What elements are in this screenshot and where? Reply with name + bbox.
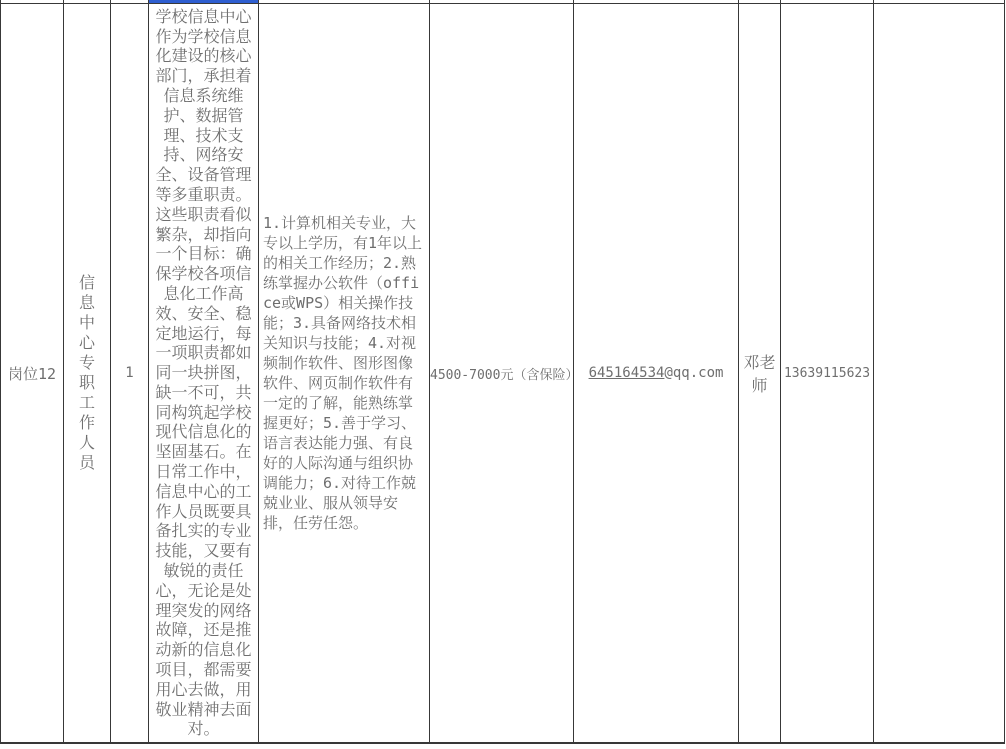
- phone-number: 13639115623: [784, 366, 870, 381]
- email-domain: @qq.com: [664, 365, 723, 381]
- email-link[interactable]: 645164534: [589, 365, 665, 381]
- salary-value: 4500-7000元（含保险）: [430, 368, 574, 383]
- job-postings-table: 岗位12 信息中心专职工作人员 1 学校信息中心作为学校信息化建设的核心部门，承…: [0, 0, 1005, 744]
- phone-cell: 13639115623: [781, 4, 874, 744]
- category-label: 信息中心专职工作人员: [79, 273, 95, 473]
- empty-cell: [874, 4, 1005, 744]
- category-cell: 信息中心专职工作人员: [64, 4, 111, 744]
- table-row: 岗位12 信息中心专职工作人员 1 学校信息中心作为学校信息化建设的核心部门，承…: [1, 4, 1005, 744]
- headcount-value: 1: [125, 365, 133, 381]
- position-id-label: 岗位12: [8, 365, 56, 383]
- description-text: 学校信息中心作为学校信息化建设的核心部门，承担着信息系统维护、数据管理、技术支持…: [149, 7, 258, 739]
- contact-name-cell: 邓老师: [739, 4, 781, 744]
- description-cell: 学校信息中心作为学校信息化建设的核心部门，承担着信息系统维护、数据管理、技术支持…: [149, 4, 259, 744]
- recruitment-table-page: 岗位12 信息中心专职工作人员 1 学校信息中心作为学校信息化建设的核心部门，承…: [0, 0, 1006, 749]
- requirements-text: 1.计算机相关专业，大专以上学历，有1年以上的相关工作经历；2.熟练掌握办公软件…: [259, 213, 429, 533]
- contact-name: 邓老师: [739, 350, 780, 396]
- salary-cell: 4500-7000元（含保险）: [430, 4, 574, 744]
- requirements-cell: 1.计算机相关专业，大专以上学历，有1年以上的相关工作经历；2.熟练掌握办公软件…: [259, 4, 430, 744]
- position-id-cell: 岗位12: [1, 4, 64, 744]
- email-cell: 645164534@qq.com: [574, 4, 739, 744]
- headcount-cell: 1: [111, 4, 149, 744]
